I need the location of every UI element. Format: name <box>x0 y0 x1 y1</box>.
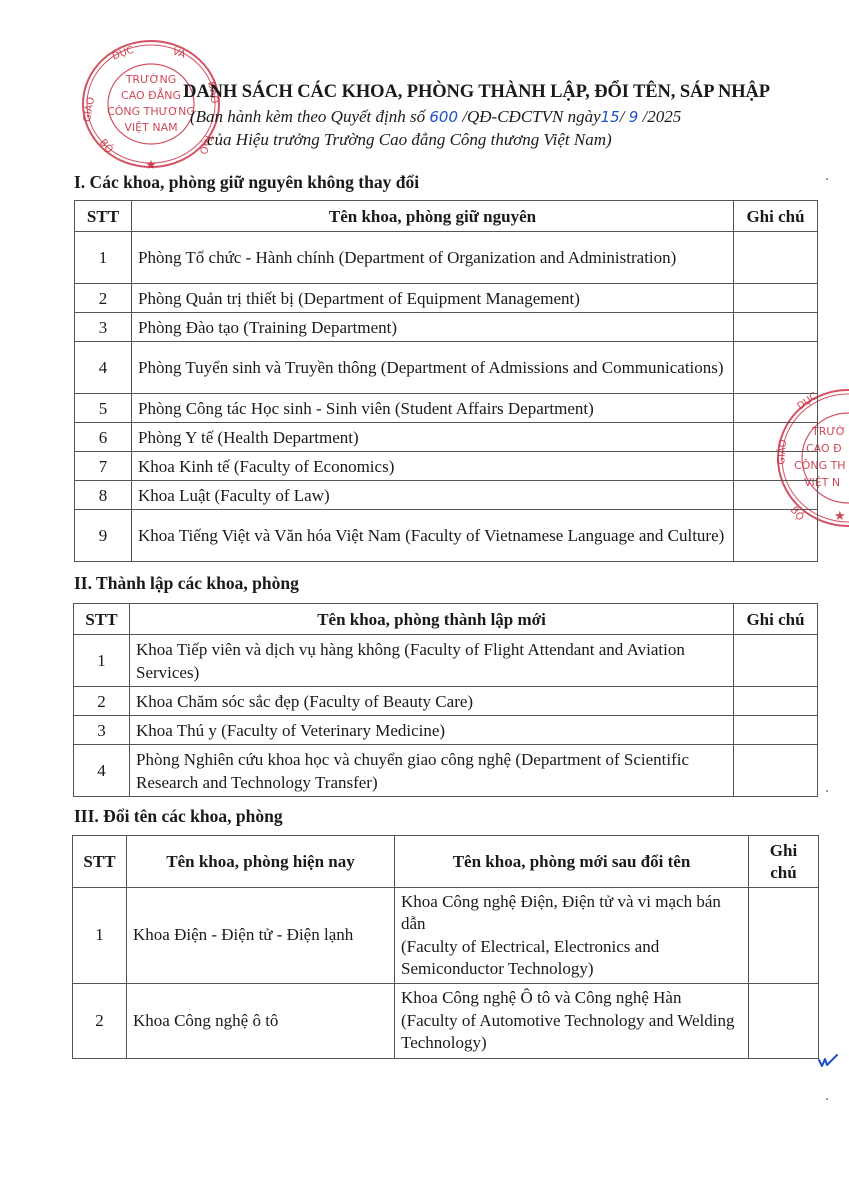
row-stt: 2 <box>73 984 127 1059</box>
row-name: Khoa Tiếp viên và dịch vụ hàng không (Fa… <box>130 635 734 687</box>
row-name: Khoa Chăm sóc sắc đẹp (Faculty of Beauty… <box>130 687 734 716</box>
table-header-row: STT Tên khoa, phòng thành lập mới Ghi ch… <box>74 604 818 635</box>
row-name: Khoa Kinh tế (Faculty of Economics) <box>132 452 734 481</box>
row-note <box>734 423 818 452</box>
row-note <box>734 687 818 716</box>
date-day-handwritten: 15 <box>601 108 620 126</box>
svg-text:VIỆT NAM: VIỆT NAM <box>124 121 177 134</box>
row-name: Phòng Nghiên cứu khoa học và chuyển giao… <box>130 745 734 797</box>
row-note <box>734 510 818 562</box>
svg-text:VÀ: VÀ <box>171 44 188 61</box>
row-note <box>734 635 818 687</box>
table-row: 5Phòng Công tác Học sinh - Sinh viên (St… <box>75 394 818 423</box>
row-stt: 6 <box>75 423 132 452</box>
handwritten-check-mark-icon <box>817 1053 839 1069</box>
header-stt: STT <box>74 604 130 635</box>
document-subtitle-line1: (Ban hành kèm theo Quyết định số 600 /QĐ… <box>190 107 790 127</box>
table-row: 2Khoa Chăm sóc sắc đẹp (Faculty of Beaut… <box>74 687 818 716</box>
svg-text:CÔNG THƯƠNG: CÔNG THƯƠNG <box>107 105 195 118</box>
row-note <box>734 716 818 745</box>
section2-table: STT Tên khoa, phòng thành lập mới Ghi ch… <box>73 603 818 797</box>
row-new-name-en: (Faculty of Automotive Technology and We… <box>401 1010 742 1055</box>
row-current-name: Khoa Điện - Điện tử - Điện lạnh <box>127 888 395 984</box>
row-name: Khoa Thú y (Faculty of Veterinary Medici… <box>130 716 734 745</box>
header-note: Ghi chú <box>734 604 818 635</box>
row-name: Khoa Luật (Faculty of Law) <box>132 481 734 510</box>
table-row: 3 Khoa Thú y (Faculty of Veterinary Medi… <box>74 716 818 745</box>
subtitle-prefix: (Ban hành kèm theo Quyết định số <box>190 107 429 126</box>
row-stt: 1 <box>73 888 127 984</box>
date-month-handwritten: 9 <box>629 108 639 126</box>
svg-text:DỤC: DỤC <box>111 45 135 63</box>
header-note: Ghi chú <box>749 836 819 888</box>
row-name: Phòng Y tế (Health Department) <box>132 423 734 452</box>
row-stt: 1 <box>74 635 130 687</box>
table-row: 4Phòng Tuyển sinh và Truyền thông (Depar… <box>75 342 818 394</box>
table-row: 4Phòng Nghiên cứu khoa học và chuyển gia… <box>74 745 818 797</box>
scan-speck <box>826 178 828 180</box>
row-current-name: Khoa Công nghệ ô tô <box>127 984 395 1059</box>
decision-number-handwritten: 600 <box>429 108 458 126</box>
row-stt: 1 <box>75 232 132 284</box>
row-stt: 4 <box>75 342 132 394</box>
row-name: Phòng Quản trị thiết bị (Department of E… <box>132 284 734 313</box>
row-new-name-vi: Khoa Công nghệ Điện, Điện tử và vi mạch … <box>401 891 742 936</box>
table-row: 2Khoa Công nghệ ô tôKhoa Công nghệ Ô tô … <box>73 984 819 1059</box>
row-stt: 2 <box>74 687 130 716</box>
table-row: 1Phòng Tổ chức - Hành chính (Department … <box>75 232 818 284</box>
row-new-name: Khoa Công nghệ Ô tô và Công nghệ Hàn(Fac… <box>395 984 749 1059</box>
scan-speck <box>826 1098 828 1100</box>
svg-text:★: ★ <box>145 158 157 173</box>
row-note <box>734 232 818 284</box>
header-stt: STT <box>73 836 127 888</box>
row-new-name-en: (Faculty of Electrical, Electronics and … <box>401 936 742 981</box>
date-separator: / <box>620 107 629 126</box>
table-row: 1Khoa Điện - Điện tử - Điện lạnhKhoa Côn… <box>73 888 819 984</box>
section2-heading: II. Thành lập các khoa, phòng <box>74 573 299 594</box>
header-stt: STT <box>75 201 132 232</box>
official-seal-stamp: TRƯỜNG CAO ĐẲNG CÔNG THƯƠNG VIỆT NAM DỤC… <box>78 38 228 174</box>
svg-text:★: ★ <box>834 509 846 524</box>
header-new-name: Tên khoa, phòng mới sau đổi tên <box>395 836 749 888</box>
header-name: Tên khoa, phòng thành lập mới <box>130 604 734 635</box>
row-stt: 5 <box>75 394 132 423</box>
subtitle-mid: /QĐ-CĐCTVN ngày <box>458 107 601 126</box>
row-name: Khoa Tiếng Việt và Văn hóa Việt Nam (Fac… <box>132 510 734 562</box>
row-name: Phòng Tuyển sinh và Truyền thông (Depart… <box>132 342 734 394</box>
row-name: Phòng Công tác Học sinh - Sinh viên (Stu… <box>132 394 734 423</box>
row-name: Phòng Đào tạo (Training Department) <box>132 313 734 342</box>
header-name: Tên khoa, phòng giữ nguyên <box>132 201 734 232</box>
row-stt: 3 <box>75 313 132 342</box>
row-new-name-vi: Khoa Công nghệ Ô tô và Công nghệ Hàn <box>401 987 742 1010</box>
row-stt: 7 <box>75 452 132 481</box>
row-stt: 2 <box>75 284 132 313</box>
table-header-row: STT Tên khoa, phòng hiện nay Tên khoa, p… <box>73 836 819 888</box>
table-row: 9Khoa Tiếng Việt và Văn hóa Việt Nam (Fa… <box>75 510 818 562</box>
row-note <box>734 284 818 313</box>
row-note <box>734 394 818 423</box>
document-title: DANH SÁCH CÁC KHOA, PHÒNG THÀNH LẬP, ĐỔI… <box>150 82 770 103</box>
row-stt: 4 <box>74 745 130 797</box>
row-note <box>749 984 819 1059</box>
table-row: 7Khoa Kinh tế (Faculty of Economics) <box>75 452 818 481</box>
scan-speck <box>826 790 828 792</box>
header-note: Ghi chú <box>734 201 818 232</box>
table-row: 2Phòng Quản trị thiết bị (Department of … <box>75 284 818 313</box>
row-note <box>734 313 818 342</box>
row-name: Phòng Tổ chức - Hành chính (Department o… <box>132 232 734 284</box>
table-row: 6Phòng Y tế (Health Department) <box>75 423 818 452</box>
header-current-name: Tên khoa, phòng hiện nay <box>127 836 395 888</box>
row-new-name: Khoa Công nghệ Điện, Điện tử và vi mạch … <box>395 888 749 984</box>
section1-table: STT Tên khoa, phòng giữ nguyên Ghi chú 1… <box>74 200 818 562</box>
row-note <box>749 888 819 984</box>
table-row: 3Phòng Đào tạo (Training Department) <box>75 313 818 342</box>
section3-heading: III. Đổi tên các khoa, phòng <box>74 806 283 827</box>
date-year: /2025 <box>638 107 681 126</box>
row-note <box>734 481 818 510</box>
table-row: 1Khoa Tiếp viên và dịch vụ hàng không (F… <box>74 635 818 687</box>
row-note <box>734 452 818 481</box>
row-note <box>734 745 818 797</box>
svg-text:GIÁO: GIÁO <box>80 96 97 123</box>
section1-heading: I. Các khoa, phòng giữ nguyên không thay… <box>74 172 419 193</box>
table-header-row: STT Tên khoa, phòng giữ nguyên Ghi chú <box>75 201 818 232</box>
table-row: 8Khoa Luật (Faculty of Law) <box>75 481 818 510</box>
section3-table: STT Tên khoa, phòng hiện nay Tên khoa, p… <box>72 835 819 1059</box>
row-stt: 3 <box>74 716 130 745</box>
svg-text:BỘ: BỘ <box>97 136 117 156</box>
document-subtitle-line2: của Hiệu trưởng Trường Cao đẳng Công thư… <box>207 130 807 150</box>
row-note <box>734 342 818 394</box>
row-stt: 8 <box>75 481 132 510</box>
row-stt: 9 <box>75 510 132 562</box>
